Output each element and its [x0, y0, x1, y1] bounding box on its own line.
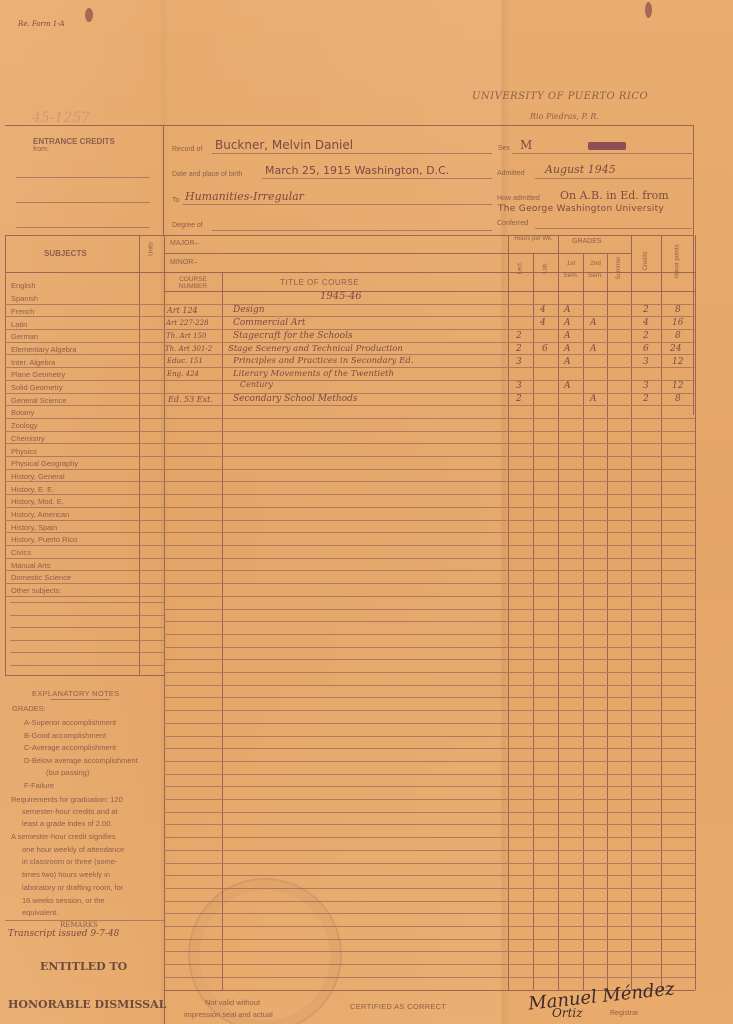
subject-history-ee: History, E. E. — [11, 485, 54, 494]
how-admitted-label: How admitted — [497, 195, 540, 202]
course-title: Principles and Practices in Secondary Ed… — [233, 356, 414, 366]
course-title: Literary Movements of the Twentieth — [233, 369, 394, 379]
course-number: Th. Art 301-2 — [165, 345, 212, 353]
subject-chemistry: Chemistry — [11, 434, 45, 443]
how-admitted-value-2: The George Washington University — [498, 204, 664, 214]
degree-label: Degree of — [172, 222, 203, 229]
course-grade-1st: A — [564, 344, 571, 354]
file-number: 45-1257 — [32, 110, 90, 126]
course-lab: 4 — [540, 305, 546, 315]
course-honor-points: 8 — [675, 331, 681, 341]
second-sem-header: 2nd Sem. — [584, 258, 607, 282]
course-grade-1st: A — [564, 331, 571, 341]
course-title: Design — [233, 305, 265, 315]
course-title-continued: Century — [240, 380, 273, 389]
course-number: Art 124 — [167, 306, 198, 315]
entrance-credits-label: ENTRANCE CREDITS — [33, 137, 115, 146]
grades-header: GRADES — [572, 238, 602, 245]
course-grade-1st: A — [564, 305, 571, 315]
subject-spanish: Spanish — [11, 294, 38, 303]
lab-header: Lab. — [543, 256, 549, 281]
course-grade-1st: A — [564, 318, 571, 328]
course-credits: 3 — [643, 381, 649, 391]
course-lab: 6 — [542, 344, 548, 354]
birth-label: Date and place of birth — [172, 171, 242, 178]
course-title: Secondary School Methods — [233, 394, 357, 404]
hours-per-wk-header: Hours per Wk. — [509, 236, 558, 243]
honor-points-header: Honor points — [675, 244, 682, 280]
subject-history-american: History, American — [11, 510, 69, 519]
course-grade-2nd: A — [590, 318, 597, 328]
subject-civics: Civics — [11, 548, 31, 557]
subject-english: English — [11, 281, 36, 290]
grade-d: D-Below average accomplishment — [24, 756, 138, 765]
course-honor-points: 12 — [672, 357, 683, 367]
subject-manual-arts: Manual Arts — [11, 561, 51, 570]
admitted-value: August 1945 — [545, 163, 616, 176]
requirements-line-3: least a grade index of 2.00. — [22, 819, 112, 828]
subject-solid-geometry: Solid Geometry — [11, 383, 63, 392]
course-number: Art 227-228 — [166, 319, 209, 327]
requirements-line-2: semester-hour credits and at — [22, 807, 117, 816]
to-value: Humanities-Irregular — [185, 190, 304, 203]
not-valid-line-2: impression seal and actual — [184, 1010, 273, 1019]
to-label: To — [172, 197, 179, 204]
course-credits: 3 — [643, 357, 649, 367]
credits-header: Credits — [643, 243, 649, 279]
admitted-label: Admitted — [497, 170, 525, 177]
course-title: Stagecraft for the Schools — [233, 331, 353, 341]
sex-label: Sex — [498, 145, 510, 152]
course-grade-2nd: A — [590, 394, 597, 404]
grade-a: A-Superior accomplishment — [24, 718, 116, 727]
subject-french: French — [11, 307, 34, 316]
subject-zoology: Zoology — [11, 421, 38, 430]
major-label: MAJOR– — [170, 240, 198, 247]
record-of-label: Record of — [172, 146, 202, 153]
grade-b: B-Good accomplishment — [24, 731, 106, 740]
credit-def-line-3: in classroom or three (some- — [22, 857, 117, 866]
ink-stain — [85, 8, 93, 22]
course-honor-points: 8 — [675, 305, 681, 315]
course-grade-2nd: A — [590, 344, 597, 354]
course-honor-points: 24 — [670, 344, 681, 354]
subject-history-mod-e: History, Mod. E. — [11, 497, 64, 506]
stamp-entitled-to: ENTITLED TO — [40, 960, 127, 973]
entrance-credits-from: from: — [33, 146, 49, 153]
course-credits: 4 — [643, 318, 649, 328]
course-credits: 6 — [643, 344, 649, 354]
credit-def-line-5: laboratory or drafting room, for — [22, 883, 123, 892]
course-honor-points: 12 — [672, 381, 683, 391]
subject-history-puerto-rico: History, Puerto Rico — [11, 535, 77, 544]
course-lect: 2 — [516, 344, 522, 354]
subject-plane-geometry: Plane Geometry — [11, 370, 65, 379]
course-title: Stage Scenery and Technical Production — [228, 344, 403, 354]
explanatory-notes-title: EXPLANATORY NOTES — [32, 689, 120, 698]
course-number: Th. Art 150 — [166, 332, 206, 340]
subject-domestic-science: Domestic Science — [11, 573, 71, 582]
subject-other: Other subjects: — [11, 586, 61, 595]
university-location: Rio Piedras, P. R. — [530, 112, 599, 121]
course-credits: 2 — [643, 394, 649, 404]
grade-d-note: (but passing) — [46, 768, 89, 777]
course-credits: 2 — [643, 331, 649, 341]
subject-elementary-algebra: Elementary Algebra — [11, 345, 76, 354]
credit-def-line-1: A semester-hour credit signifies — [11, 832, 116, 841]
course-honor-points: 8 — [675, 394, 681, 404]
subject-botany: Botany — [11, 408, 34, 417]
summer-header: Summer — [616, 251, 622, 285]
stamp-honorable-dismissal: HONORABLE DISMISSAL — [8, 998, 166, 1011]
form-number: Re. Form 1-A — [18, 20, 65, 28]
course-credits: 2 — [643, 305, 649, 315]
course-grade-1st: A — [564, 357, 571, 367]
minor-label: MINOR– — [170, 259, 197, 266]
lect-header: Lect. — [518, 256, 524, 281]
course-honor-points: 16 — [672, 318, 683, 328]
credit-def-line-6: 16 weeks session, or the — [22, 896, 105, 905]
not-valid-line-1: Not valid without — [205, 998, 260, 1007]
remarks-value: Transcript issued 9-7-48 — [8, 929, 119, 939]
grades-label: GRADES: — [12, 704, 46, 713]
subject-history-spain: History, Spain — [11, 523, 57, 532]
record-of-value: Buckner, Melvin Daniel — [215, 138, 353, 152]
conferred-label: Conferred — [497, 220, 528, 227]
subjects-header: SUBJECTS — [44, 249, 87, 258]
course-grade-1st: A — [564, 381, 571, 391]
course-number-header: COURSE NUMBER — [166, 276, 220, 290]
ink-stain — [645, 2, 652, 18]
course-lect: 3 — [516, 357, 522, 367]
course-lect: 2 — [516, 331, 522, 341]
course-lect: 2 — [516, 394, 522, 404]
title-of-course-header: TITLE OF COURSE — [280, 278, 359, 287]
remarks-label: REMARKS — [60, 921, 98, 929]
registrar-signature: Manuel Méndez — [527, 978, 675, 1014]
grade-c: C-Average accomplishment — [24, 743, 116, 752]
requirements-line-1: Requirements for graduation: 120 — [11, 795, 123, 804]
course-number: Ed. 53 Ext. — [168, 395, 213, 404]
course-number: Educ. 151 — [167, 357, 203, 365]
units-header: Units — [149, 237, 155, 262]
subject-general-science: General Science — [11, 396, 66, 405]
how-admitted-value-1: On A.B. in Ed. from — [560, 189, 669, 202]
birth-value: March 25, 1915 Washington, D.C. — [265, 164, 449, 177]
subject-physics: Physics — [11, 447, 37, 456]
credit-def-line-2: one hour weekly of attendance — [22, 845, 124, 854]
credit-def-line-7: equivalent. — [22, 908, 58, 917]
registrar-label: Registrar — [610, 1010, 638, 1017]
subject-latin: Latin — [11, 320, 27, 329]
sex-value: M — [520, 138, 532, 152]
course-title: Commercial Art — [233, 318, 305, 328]
redaction-mark — [588, 142, 626, 150]
university-name: UNIVERSITY OF PUERTO RICO — [472, 91, 648, 102]
subject-physical-geography: Physical Geography — [11, 459, 78, 468]
subject-german: German — [11, 332, 38, 341]
certified-label: CERTIFIED AS CORRECT — [350, 1002, 446, 1011]
course-number: Eng. 424 — [167, 370, 199, 378]
academic-year: 1945-46 — [320, 291, 362, 302]
course-lab: 4 — [540, 318, 546, 328]
first-sem-header: 1st Sem. — [559, 258, 583, 282]
subject-history-general: History, General — [11, 472, 65, 481]
grade-f: F-Failure — [24, 781, 54, 790]
subject-inter-algebra: Inter. Algebra — [11, 358, 55, 367]
credit-def-line-4: times two) hours weekly in — [22, 870, 110, 879]
registrar-signature-sub: Ortiz — [552, 1006, 583, 1020]
course-lect: 3 — [516, 381, 522, 391]
